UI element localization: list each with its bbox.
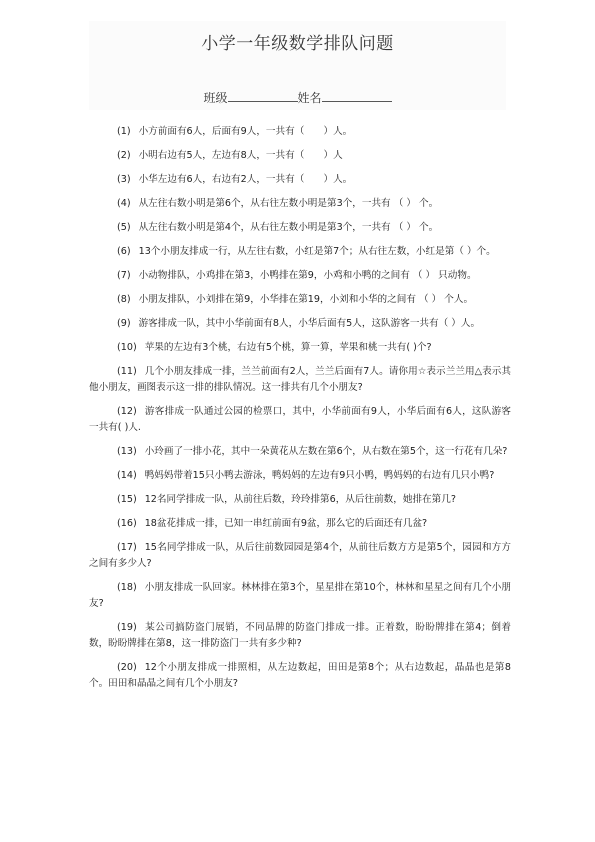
question-item: (14)鸭妈妈带着15只小鸭去游泳，鸭妈妈的左边有9只小鸭，鸭妈妈的右边有几只小… [89, 468, 511, 484]
question-number: (17) [117, 542, 137, 553]
question-number: (19) [117, 622, 137, 633]
question-text: 小朋友排成一队回家。林林排在第3个，星星排在第10个，林林和星星之间有几个小朋友… [89, 582, 511, 609]
question-item: (12)游客排成一队通过公园的检票口，其中，小华前面有9人，小华后面有6人，这队… [89, 404, 511, 436]
question-item: (6)13个小朋友排成一行，从左往右数，小红是第7个；从右往左数，小红是第（ ）… [89, 244, 511, 260]
question-text: 从左往右数小明是第4个，从右往左数小明是第3个，一共有 （ ） 个。 [139, 222, 439, 233]
question-item: (11)几个小朋友排成一排，兰兰前面有2人，兰兰后面有7人。请你用☆表示兰兰用△… [89, 364, 511, 396]
question-text: 18盆花排成一排，已知一串红前面有9盆，那么它的后面还有几盆? [145, 518, 427, 529]
question-text: 从左往右数小明是第6个，从右往左数小明是第3个，一共有 （ ） 个。 [139, 198, 439, 209]
question-text: 小玲画了一排小花，其中一朵黄花从左数在第6个，从右数在第5个，这一行花有几朵? [145, 446, 508, 457]
question-item: (1)小方前面有6人，后面有9人，一共有（ ）人。 [89, 124, 511, 140]
question-number: (13) [117, 446, 137, 457]
question-item: (8)小朋友排队，小刘排在第9，小华排在第19，小刘和小华的之间有 （ ） 个人… [89, 292, 511, 308]
question-text: 游客排成一队，其中小华前面有8人，小华后面有5人，这队游客一共有（ ）人。 [139, 318, 480, 329]
name-label: 姓名 [298, 91, 322, 105]
question-text: 小方前面有6人，后面有9人，一共有（ ）人。 [139, 126, 353, 137]
question-item: (20)12个小朋友排成一排照相，从左边数起，田田是第8个；从右边数起，晶晶也是… [89, 660, 511, 692]
name-blank [322, 90, 392, 102]
question-number: (12) [117, 406, 137, 417]
question-item: (17)15名同学排成一队，从后往前数园园是第4个，从前往后数方方是第5个，园园… [89, 540, 511, 572]
question-item: (18)小朋友排成一队回家。林林排在第3个，星星排在第10个，林林和星星之间有几… [89, 580, 511, 612]
question-number: (6) [117, 246, 131, 257]
question-number: (7) [117, 270, 131, 281]
question-item: (7)小动物排队，小鸡排在第3，小鸭排在第9，小鸡和小鸭的之间有 （ ） 只动物… [89, 268, 511, 284]
question-number: (20) [117, 662, 137, 673]
question-number: (9) [117, 318, 131, 329]
question-text: 13个小朋友排成一行，从左往右数，小红是第7个；从右往左数，小红是第（ ）个。 [139, 246, 496, 257]
student-info-line: 班级姓名 [89, 89, 506, 106]
question-number: (4) [117, 198, 131, 209]
question-item: (19)某公司搞防盗门展销，不同品牌的防盗门排成一排。正着数，盼盼牌排在第4；倒… [89, 620, 511, 652]
question-number: (1) [117, 126, 131, 137]
question-item: (13)小玲画了一排小花，其中一朵黄花从左数在第6个，从右数在第5个，这一行花有… [89, 444, 511, 460]
question-item: (9)游客排成一队，其中小华前面有8人，小华后面有5人，这队游客一共有（ ）人。 [89, 316, 511, 332]
question-number: (14) [117, 470, 137, 481]
question-item: (4)从左往右数小明是第6个，从右往左数小明是第3个，一共有 （ ） 个。 [89, 196, 511, 212]
question-text: 苹果的左边有3个桃，右边有5个桃，算一算，苹果和桃一共有( )个? [145, 342, 432, 353]
question-item: (15)12名同学排成一队，从前往后数，玲玲排第6，从后往前数，她排在第几? [89, 492, 511, 508]
question-text: 小朋友排队，小刘排在第9，小华排在第19，小刘和小华的之间有 （ ） 个人。 [139, 294, 473, 305]
question-text: 鸭妈妈带着15只小鸭去游泳，鸭妈妈的左边有9只小鸭，鸭妈妈的右边有几只小鸭? [145, 470, 495, 481]
question-number: (3) [117, 174, 131, 185]
question-number: (2) [117, 150, 131, 161]
page-title: 小学一年级数学排队问题 [89, 29, 506, 54]
question-list: (1)小方前面有6人，后面有9人，一共有（ ）人。 (2)小明右边有5人，左边有… [89, 124, 511, 700]
question-number: (18) [117, 582, 137, 593]
question-number: (16) [117, 518, 137, 529]
question-text: 某公司搞防盗门展销，不同品牌的防盗门排成一排。正着数，盼盼牌排在第4；倒着数，盼… [89, 622, 511, 649]
question-text: 12个小朋友排成一排照相，从左边数起，田田是第8个；从右边数起，晶晶也是第8个。… [89, 662, 511, 689]
question-text: 15名同学排成一队，从后往前数园园是第4个，从前往后数方方是第5个，园园和方方之… [89, 542, 511, 569]
question-text: 12名同学排成一队，从前往后数，玲玲排第6，从后往前数，她排在第几? [145, 494, 456, 505]
worksheet-header: 小学一年级数学排队问题 班级姓名 [89, 21, 506, 110]
question-number: (10) [117, 342, 137, 353]
question-number: (8) [117, 294, 131, 305]
question-text: 游客排成一队通过公园的检票口，其中，小华前面有9人，小华后面有6人，这队游客一共… [89, 406, 511, 433]
question-number: (15) [117, 494, 137, 505]
question-text: 小华左边有6人，右边有2人，一共有（ ）人。 [139, 174, 353, 185]
question-item: (5)从左往右数小明是第4个，从右往左数小明是第3个，一共有 （ ） 个。 [89, 220, 511, 236]
question-item: (3)小华左边有6人，右边有2人，一共有（ ）人。 [89, 172, 511, 188]
question-number: (11) [117, 366, 137, 377]
class-label: 班级 [203, 91, 227, 105]
question-text: 小动物排队，小鸡排在第3，小鸭排在第9，小鸡和小鸭的之间有 （ ） 只动物。 [139, 270, 477, 281]
question-item: (2)小明右边有5人，左边有8人，一共有（ ）人 [89, 148, 511, 164]
class-blank [228, 90, 298, 102]
question-item: (10)苹果的左边有3个桃，右边有5个桃，算一算，苹果和桃一共有( )个? [89, 340, 511, 356]
question-text: 几个小朋友排成一排，兰兰前面有2人，兰兰后面有7人。请你用☆表示兰兰用△表示其他… [89, 366, 511, 393]
question-text: 小明右边有5人，左边有8人，一共有（ ）人 [139, 150, 343, 161]
question-number: (5) [117, 222, 131, 233]
question-item: (16)18盆花排成一排，已知一串红前面有9盆，那么它的后面还有几盆? [89, 516, 511, 532]
